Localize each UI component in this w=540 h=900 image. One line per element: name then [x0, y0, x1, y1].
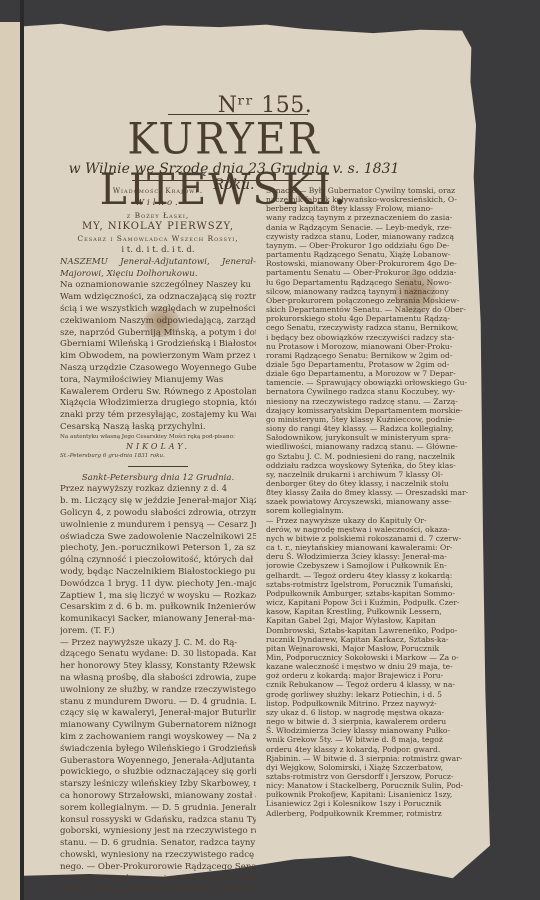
- text-line: jorem. (T. F.): [60, 626, 256, 638]
- right-column: Senacie — Były Gubernator Cywilny tomski…: [266, 186, 476, 818]
- text-line: silcow, mianowany radzcą taynym i naznac…: [266, 287, 476, 296]
- text-line: prokurorskiego stołu 4go Departamentu Rą…: [266, 314, 476, 323]
- decree-opening: z Bożey Łaski,: [60, 210, 256, 222]
- text-line: kasow, Kapitan Krestling, Pułkownik Less…: [266, 607, 476, 616]
- text-line: nych i przeznaczeni do zasiadania w Rądz…: [60, 885, 256, 897]
- text-line: go Sztabu J. C. M. podniesieni do rang, …: [266, 452, 476, 461]
- text-line: bernatora Cywilnego radzca stanu Koczube…: [266, 387, 476, 396]
- text-line: Cesarską Naszą łaską przychylni.: [60, 422, 256, 434]
- text-line: listop. Podpułkownik Mitrino. Przez nayw…: [266, 699, 476, 708]
- text-line: Kapitan Gabel 2gi, Major Wyłasłow, Kapit…: [266, 616, 476, 625]
- text-line: dziale 6go Departamentu, a Morozow w 7 D…: [266, 369, 476, 378]
- text-line: denborger 6tey do 6tey klassy, i naczeln…: [266, 479, 476, 488]
- text-line: wiedliwości, mianowany radzcą stanu. — G…: [266, 442, 476, 451]
- text-line: dziale 5go Departamentu, Protasow w 2gim…: [266, 360, 476, 369]
- signature-note: Na autentyku własną Jego Cesarskiey Mośc…: [60, 434, 256, 441]
- text-line: 8tey klassy Zaiła do 8mey klassy. — Ores…: [266, 488, 476, 497]
- text-line: szaek powiatowy Arcyszewski, mianowany a…: [266, 497, 476, 506]
- text-line: wany radzcą taynym z przeznaczeniem do z…: [266, 213, 476, 222]
- text-line: tamencie. — Sprawujący obowiązki orłowsk…: [266, 378, 476, 387]
- text-line: kim z zachowaniem rangi woyskowey — Na z…: [60, 732, 256, 744]
- text-line: mianowany Cywilnym Gubernatorem niżnogro…: [60, 720, 256, 732]
- etc-line: i t. d. i t. d. i t. d.: [60, 245, 256, 257]
- text-line: pułkownik Prokofjew, Kapitani: Lisanieni…: [266, 790, 476, 799]
- dispatch-body: Przez naywyższy rozkaz dzienny z d. 4 b.…: [60, 484, 256, 897]
- text-line: rowiew i Koczubey, wyniesieni na radzców…: [60, 874, 256, 886]
- text-line: gelhardt. — Tegoż orderu 4tey klassy z k…: [266, 571, 476, 580]
- text-line: sze, naprzód Guberniją Mińską, a potym i…: [60, 328, 256, 340]
- text-line: Kawalerem Orderu Św. Równego z Apostolam…: [60, 387, 256, 399]
- text-line: znaki przy tém przesyłając, zostajemy ku…: [60, 410, 256, 422]
- text-line: grodę gorliwey służby: lekarz Potiechin,…: [266, 690, 476, 699]
- text-line: stanu. — D. 6 grudnia. Senator, radzca t…: [60, 838, 256, 850]
- text-line: derów, w nagrodę męstwa i waleczności, o…: [266, 525, 476, 534]
- text-line: — Przez naywyższe ukazy J. C. M. do Rą-: [60, 638, 256, 650]
- text-line: Rjabinin. — W bitwie d. 3 sierpnia: rotm…: [266, 754, 476, 763]
- text-line: partamentu Rądzącego Senatu, Xiążę Loban…: [266, 250, 476, 259]
- text-line: czywisty radzca stanu, Loder, mianowany …: [266, 232, 476, 241]
- text-line: oświadcza Swe zadowolenie Naczelnikowi 2…: [60, 532, 256, 544]
- text-line: nych w bitwie z polskiemi rokoszanami d.…: [266, 534, 476, 543]
- text-line: Senacie — Były Gubernator Cywilny tomski…: [266, 186, 476, 195]
- text-line: Gberniami Wileńską i Grodzieńską i Biało…: [60, 339, 256, 351]
- text-line: chowski, wyniesiony na rzeczywistego rad…: [60, 850, 256, 862]
- text-line: skich Departamentów Senatu. — Należący d…: [266, 305, 476, 314]
- text-line: szy ukaz d. 6 listop. w nagrodę męstwa o…: [266, 708, 476, 717]
- text-line: sorem kollegialnym.: [266, 506, 476, 515]
- text-line: sztabs-rotmistrz Igelstrom, Porucznik Tu…: [266, 580, 476, 589]
- text-line: kim Obwodem, na powierzonym Wam przez uf…: [60, 351, 256, 363]
- text-line: gólną czynność i pieczołowitość, których…: [60, 555, 256, 567]
- text-line: wicz, Kapitani Popow 3ci i Kuźmin, Podpu…: [266, 598, 476, 607]
- text-line: nego w bitwie d. 3 sierpnia, kawalerem o…: [266, 717, 476, 726]
- text-line: dzącego Senatu wydane: D. 30 listopada. …: [60, 649, 256, 661]
- text-line: Zaptiew 1, ma się liczyć w woysku — Rozk…: [60, 591, 256, 603]
- signature-name: NIKOLAY.: [60, 441, 256, 453]
- text-line: dzający komissaryatskim Departamentem mo…: [266, 406, 476, 415]
- divider: [132, 180, 328, 181]
- text-line: Guberastora Woyennego, Jenerała-Adjutant…: [60, 756, 256, 768]
- text-line: konsul rossyyski w Gdańsku, radzca stanu…: [60, 815, 256, 827]
- text-line: kazane waleczność i męstwo w dniu 29 maj…: [266, 662, 476, 671]
- text-line: tora, Naymiłościwiey Mianujemy Was: [60, 375, 256, 387]
- text-line: Cesarskim z d. 6 b. m. pułkownik Inżenie…: [60, 602, 256, 614]
- text-line: Adlerberg, Podpułkownik Kremmer, rotmist…: [266, 809, 476, 818]
- text-line: berberg kapitan 8tey klassy Frolow, mian…: [266, 204, 476, 213]
- text-line: sztabs-rotmistrz von Gersdorff i Jerszow…: [266, 772, 476, 781]
- text-line: — Przez naywyższe ukazy do Kapituly Or-: [266, 516, 476, 525]
- text-line: ca t. r., nieytańskiey mianowani kawaler…: [266, 543, 476, 552]
- text-line: wnik Grekow 5ty. — W bitwie d. 8 maja, t…: [266, 735, 476, 744]
- text-line: goborski, wyniesiony jest na rzeczywiste…: [60, 826, 256, 838]
- text-line: Min, Podporucznicy Sokołowski i Markow —…: [266, 653, 476, 662]
- text-line: świadczenia byłego Wileńskiego i Grodzie…: [60, 744, 256, 756]
- text-line: Lisaniewicz 2gi i Kolesnikow 1szy i Poru…: [266, 799, 476, 808]
- text-line: naczelnik fabryk koływańsko-woskresieńsk…: [266, 195, 476, 204]
- text-line: siony do rangi 4tey klassy. — Radzca kol…: [266, 424, 476, 433]
- text-line: Dombrowski, Sztabs-kapitan Lawreneńko, P…: [266, 626, 476, 635]
- text-line: Golicyn 4, z powodu słabości zdrowia, ot…: [60, 508, 256, 520]
- text-line: rorami Rądzącego Senatu: Bernikow w 2gim…: [266, 351, 476, 360]
- text-line: sy, naczelnik drukarni i archiwum 7 klas…: [266, 470, 476, 479]
- text-line: Przez naywyższy rozkaz dzienny z d. 4: [60, 484, 256, 496]
- text-line: Naszą urzędzie Czasowego Woyennego Guber…: [60, 363, 256, 375]
- text-line: Wam wdzięczności, za odznaczającą się ro…: [60, 292, 256, 304]
- text-line: niesiony na rzeczywistego radzcę stanu. …: [266, 397, 476, 406]
- text-line: czący się w kawaleryi, Jenerał-major But…: [60, 708, 256, 720]
- text-line: ca honorowy Strzałowski, mianowany zosta…: [60, 791, 256, 803]
- text-line: orderu 4tey klassy z kokardą, Podpor. gw…: [266, 745, 476, 754]
- text-line: b. m. Liczący się w jeździe Jenerał-majo…: [60, 496, 256, 508]
- text-line: uwolniony ze służby, w randze rzeczywist…: [60, 685, 256, 697]
- text-line: pitan Wejnarowski, Major Masłow, Poruczn…: [266, 644, 476, 653]
- text-line: cego Senatu, rzeczywisty radzca stanu, B…: [266, 323, 476, 332]
- adjacent-page-fragment: [0, 22, 22, 900]
- text-line: Na oznamionowanie szczególney Naszey ku: [60, 280, 256, 292]
- text-line: jorowie Czebyszew i Samojlow i Pułkownik…: [266, 561, 476, 570]
- text-line: starszy leśniczy wileńskiey Izby Skarbow…: [60, 779, 256, 791]
- decree-body: Na oznamionowanie szczególney Naszey ku …: [60, 280, 256, 433]
- text-line: partamentu Senatu — Ober-Prokuror 3go od…: [266, 268, 476, 277]
- divider: [128, 466, 188, 467]
- text-line: na własną prośbę, dla słabości zdrowia, …: [60, 673, 256, 685]
- text-line: oddziału radzca woyskowy Syteńka, do 5te…: [266, 461, 476, 470]
- text-line: Sałodownikow, jurykonsult w ministeryum …: [266, 433, 476, 442]
- text-line: ścią i we wszystkich względach w zupełno…: [60, 304, 256, 316]
- text-line: nu Protasow i Morozow, mianowani Ober-Pr…: [266, 342, 476, 351]
- text-line: cznik Rebukanow — Tegoż orderu 4 klassy,…: [266, 680, 476, 689]
- text-line: taynym. — Ober-Prokuror 1go oddziału 6go…: [266, 241, 476, 250]
- text-line: Rostowski, mianowany Ober-Prokurorem 4go…: [266, 259, 476, 268]
- text-line: i będący bez obowiązków rzeczywiści radz…: [266, 333, 476, 342]
- dispatch-heading: Sankt-Petersburg dnia 12 Grudnia.: [60, 473, 256, 485]
- text-line: wody, będąc Naczelnikiem Białostockiego …: [60, 567, 256, 579]
- text-line: Podpułkownik Amburger, sztabs-kapitan So…: [266, 589, 476, 598]
- place-heading: — Wilno. —: [60, 198, 256, 210]
- text-line: łu 6go Departamentu Rądzącego Senatu, No…: [266, 278, 476, 287]
- text-line: goż orderu z kokardą: major Brajewicz i …: [266, 671, 476, 680]
- decree-address: NASZEMU Jenerał-Adjutantowi, Jenerał-Maj…: [60, 257, 256, 281]
- text-line: Dowódzca 1 bryg. 11 dyw. piechoty Jen.-m…: [60, 579, 256, 591]
- section-heading: Wiadomości Krajowe.: [60, 186, 256, 198]
- text-line: deru Ś. Włodzimierza 3ciey klassy: Jener…: [266, 552, 476, 561]
- text-line: go ministeryum, 5tey klassy Kuźnieccow, …: [266, 415, 476, 424]
- text-line: stanu z mundurem Dworu. — D. 4 grudnia. …: [60, 697, 256, 709]
- text-line: piechoty, Jen.-porucznikowi Peterson 1, …: [60, 543, 256, 555]
- text-line: sorem kollegialnym. — D. 5 grudnia. Jene…: [60, 803, 256, 815]
- sovereign-titles: Cesarz i Samowladca Wszech Rossyi,: [60, 233, 256, 245]
- text-line: czekiwaniom Naszym odpowiedającą, zarząd…: [60, 316, 256, 328]
- text-line: uwolnienie z mundurem i pensyą — Cesarz …: [60, 520, 256, 532]
- sovereign-name: MY, NIKOLAY PIERWSZY,: [60, 221, 256, 233]
- text-line: Ober-prokurorem połączonego zebrania Mos…: [266, 296, 476, 305]
- text-line: nego. — Ober-Prokurorowie Rądzącego Sena…: [60, 862, 256, 874]
- text-line: nicy: Manatow i Stackelberg, Porucznik S…: [266, 781, 476, 790]
- text-line: komunikacyi Sacker, mianowany Jenerał-ma…: [60, 614, 256, 626]
- text-line: powickiego, o służbie odznaczającey się …: [60, 767, 256, 779]
- text-line: rucznik Dyndarew, Kapitan Karkacz, Sztab…: [266, 635, 476, 644]
- text-line: Ś. Włodzimierza 3ciey klassy mianowany P…: [266, 726, 476, 735]
- text-line: dania w Rądzącym Senacie. — Leyb-medyk, …: [266, 223, 476, 232]
- text-line: her honorowy 5tey klassy, Konstanty Rżew…: [60, 661, 256, 673]
- left-column: Wiadomości Krajowe. — Wilno. — z Bożey Ł…: [60, 186, 256, 897]
- signature-place: St.-Petersburg 6 gru-dnia 1831 roku.: [60, 453, 256, 460]
- text-line: Xiążęcia Włodzimierza drugiego stopnia, …: [60, 398, 256, 410]
- text-line: dyi Wejgkow, Solomirski, i Xiążę Szczerb…: [266, 763, 476, 772]
